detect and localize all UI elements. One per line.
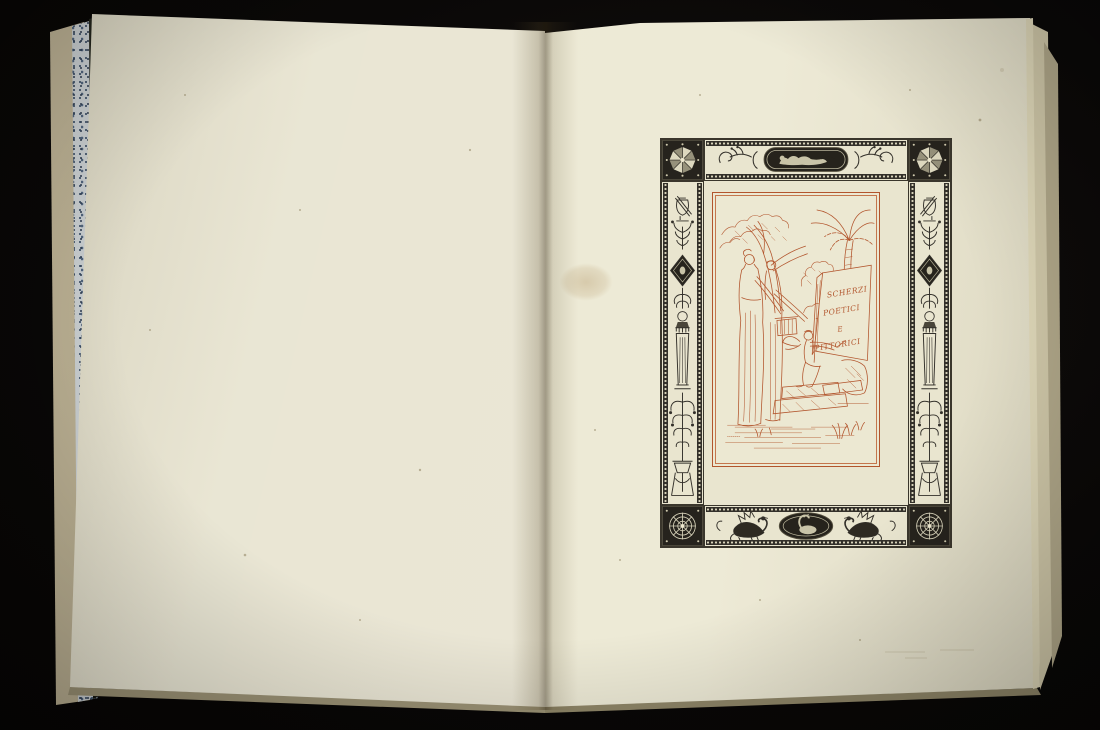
swan-ornament-left: [717, 511, 768, 543]
oak-tree: [720, 214, 835, 318]
bottom-ornament-band: [704, 505, 908, 547]
swan-ornament-right: [844, 511, 895, 543]
grotesque-candelabra-panel: [661, 181, 704, 505]
corner-web-rosette-icon: [661, 505, 704, 547]
corner-web-rosette-icon: [908, 505, 951, 547]
book-gutter: [512, 22, 578, 710]
top-ornament-band: [704, 139, 908, 181]
plate-frame: SCHERZI POETICI E PITTORICI: [715, 195, 877, 464]
paper-stain: [552, 258, 620, 306]
corner-rosette-icon: [661, 139, 704, 181]
title-engraving: SCHERZI POETICI E PITTORICI: [716, 196, 876, 463]
photo-of-open-book: SCHERZI POETICI E PITTORICI: [0, 0, 1100, 730]
sanguine-title-plate: SCHERZI POETICI E PITTORICI: [712, 192, 880, 467]
muse-figures: [738, 249, 808, 426]
ground-and-grass: [726, 421, 865, 448]
fluted-altar: [775, 317, 798, 336]
corner-rosette-icon: [908, 139, 951, 181]
stone-steps: [773, 380, 863, 413]
grotesque-candelabra-panel: [908, 181, 951, 505]
